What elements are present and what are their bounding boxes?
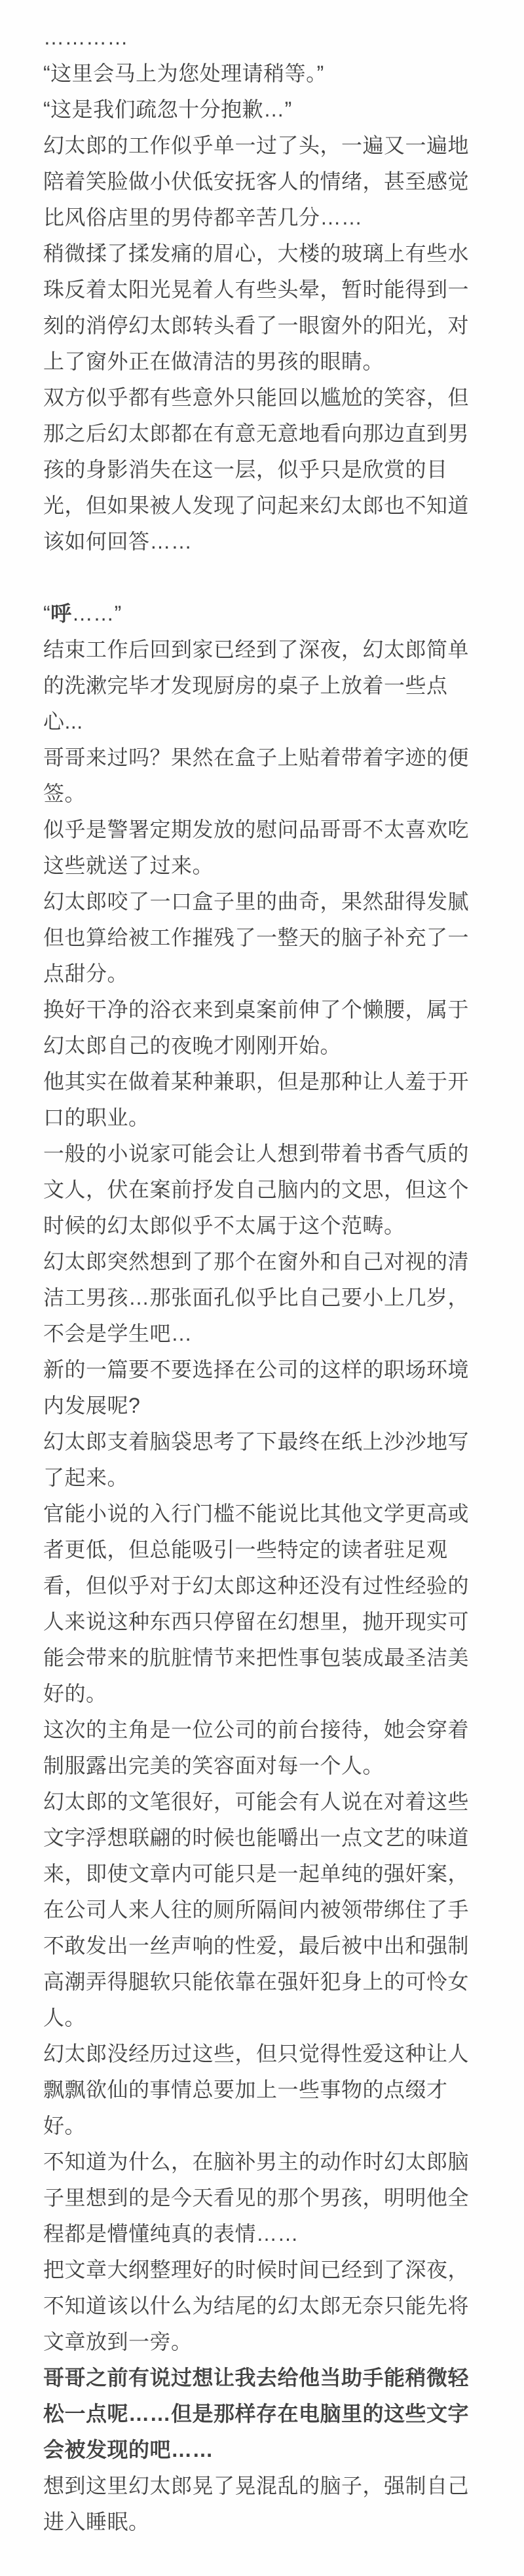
paragraph: ………… bbox=[43, 20, 483, 56]
text-segment: 哥哥之前有说过想让我去给他当助手能稍微轻松一点呢……但是那样存在电脑里的这些文字… bbox=[43, 2366, 469, 2461]
text-segment: 新的一篇要不要选择在公司的这样的职场环境内发展呢? bbox=[43, 1358, 469, 1417]
paragraph: 幻太郎咬了一口盒子里的曲奇，果然甜得发腻但也算给被工作摧残了一整天的脑子补充了一… bbox=[43, 884, 483, 992]
text-segment: 不知道为什么，在脑补男主的动作时幻太郎脑子里想到的是今天看见的那个男孩，明明他全… bbox=[43, 2150, 469, 2245]
paragraph: 官能小说的入行门槛不能说比其他文学更高或者更低，但总能吸引一些特定的读者驻足观看… bbox=[43, 1496, 483, 1712]
paragraph: 哥哥之前有说过想让我去给他当助手能稍微轻松一点呢……但是那样存在电脑里的这些文字… bbox=[43, 2360, 483, 2468]
paragraph: 想到这里幻太郎晃了晃混乱的脑子，强制自己进入睡眠。 bbox=[43, 2468, 483, 2540]
text-segment: 想到这里幻太郎晃了晃混乱的脑子，强制自己进入睡眠。 bbox=[43, 2474, 469, 2533]
text-segment: 似乎是警署定期发放的慰问品哥哥不太喜欢吃这些就送了过来。 bbox=[43, 818, 469, 877]
paragraph: 哥哥来过吗？果然在盒子上贴着带着字迹的便签。 bbox=[43, 740, 483, 812]
text-segment: 呼 bbox=[50, 602, 72, 625]
text-segment: ……” bbox=[72, 602, 122, 625]
paragraph-spacer bbox=[43, 560, 483, 596]
paragraph: 新的一篇要不要选择在公司的这样的职场环境内发展呢? bbox=[43, 1352, 483, 1424]
text-segment: 哥哥来过吗？果然在盒子上贴着带着字迹的便签。 bbox=[43, 746, 469, 805]
text-segment: 他其实在做着某种兼职，但是那种让人羞于开口的职业。 bbox=[43, 1070, 469, 1129]
paragraph: 这次的主角是一位公司的前台接待，她会穿着制服露出完美的笑容面对每一个人。 bbox=[43, 1712, 483, 1784]
text-segment: 幻太郎的工作似乎单一过了头，一遍又一遍地陪着笑脸做小伏低安抚客人的情绪，甚至感觉… bbox=[43, 134, 469, 229]
paragraph: 结束工作后回到家已经到了深夜，幻太郎简单的洗漱完毕才发现厨房的桌子上放着一些点心… bbox=[43, 632, 483, 740]
paragraph: “这是我们疏忽十分抱歉…” bbox=[43, 92, 483, 128]
paragraph: 似乎是警署定期发放的慰问品哥哥不太喜欢吃这些就送了过来。 bbox=[43, 812, 483, 884]
text-segment: 结束工作后回到家已经到了深夜，幻太郎简单的洗漱完毕才发现厨房的桌子上放着一些点心… bbox=[43, 638, 469, 733]
text-segment: 换好干净的浴衣来到桌案前伸了个懒腰，属于幻太郎自己的夜晚才刚刚开始。 bbox=[43, 998, 469, 1057]
novel-reader-page: …………“这里会马上为您处理请稍等。”“这是我们疏忽十分抱歉…”幻太郎的工作似乎… bbox=[0, 0, 524, 2576]
text-segment: 把文章大纲整理好的时候时间已经到了深夜，不知道该以什么为结尾的幻太郎无奈只能先将… bbox=[43, 2258, 469, 2353]
paragraph: 稍微揉了揉发痛的眉心，大楼的玻璃上有些水珠反着太阳光晃着人有些头晕，暂时能得到一… bbox=[43, 236, 483, 380]
text-segment: 幻太郎咬了一口盒子里的曲奇，果然甜得发腻但也算给被工作摧残了一整天的脑子补充了一… bbox=[43, 890, 469, 985]
text-segment: ………… bbox=[43, 26, 128, 49]
paragraph: 幻太郎支着脑袋思考了下最终在纸上沙沙地写了起来。 bbox=[43, 1424, 483, 1496]
text-segment: 稍微揉了揉发痛的眉心，大楼的玻璃上有些水珠反着太阳光晃着人有些头晕，暂时能得到一… bbox=[43, 242, 469, 373]
paragraph: “这里会马上为您处理请稍等。” bbox=[43, 56, 483, 92]
text-segment: 一般的小说家可能会让人想到带着书香气质的文人，伏在案前抒发自己脑内的文思，但这个… bbox=[43, 1142, 469, 1237]
paragraph: 不知道为什么，在脑补男主的动作时幻太郎脑子里想到的是今天看见的那个男孩，明明他全… bbox=[43, 2144, 483, 2252]
paragraph: 幻太郎没经历过这些，但只觉得性爱这种让人飘飘欲仙的事情总要加上一些事物的点缀才好… bbox=[43, 2036, 483, 2144]
text-segment: “ bbox=[43, 602, 50, 625]
text-segment: 这次的主角是一位公司的前台接待，她会穿着制服露出完美的笑容面对每一个人。 bbox=[43, 1718, 469, 1777]
text-segment: “这是我们疏忽十分抱歉…” bbox=[43, 98, 292, 121]
text-segment: 双方似乎都有些意外只能回以尴尬的笑容，但那之后幻太郎都在有意无意地看向那边直到男… bbox=[43, 386, 469, 553]
paragraph: 把文章大纲整理好的时候时间已经到了深夜，不知道该以什么为结尾的幻太郎无奈只能先将… bbox=[43, 2252, 483, 2360]
text-segment: “这里会马上为您处理请稍等。” bbox=[43, 62, 324, 85]
paragraph: “呼……” bbox=[43, 596, 483, 632]
text-segment: 官能小说的入行门槛不能说比其他文学更高或者更低，但总能吸引一些特定的读者驻足观看… bbox=[43, 1502, 469, 1705]
text-segment: 幻太郎没经历过这些，但只觉得性爱这种让人飘飘欲仙的事情总要加上一些事物的点缀才好… bbox=[43, 2042, 469, 2137]
paragraph: 双方似乎都有些意外只能回以尴尬的笑容，但那之后幻太郎都在有意无意地看向那边直到男… bbox=[43, 380, 483, 560]
paragraph: 换好干净的浴衣来到桌案前伸了个懒腰，属于幻太郎自己的夜晚才刚刚开始。 bbox=[43, 992, 483, 1064]
paragraph: 幻太郎的文笔很好，可能会有人说在对着这些文字浮想联翩的时候也能嚼出一点文艺的味道… bbox=[43, 1784, 483, 2036]
text-segment: 幻太郎支着脑袋思考了下最终在纸上沙沙地写了起来。 bbox=[43, 1430, 469, 1489]
novel-text-body: …………“这里会马上为您处理请稍等。”“这是我们疏忽十分抱歉…”幻太郎的工作似乎… bbox=[43, 20, 483, 2540]
paragraph: 一般的小说家可能会让人想到带着书香气质的文人，伏在案前抒发自己脑内的文思，但这个… bbox=[43, 1136, 483, 1244]
paragraph: 他其实在做着某种兼职，但是那种让人羞于开口的职业。 bbox=[43, 1064, 483, 1136]
text-segment: 幻太郎突然想到了那个在窗外和自己对视的清洁工男孩…那张面孔似乎比自己要小上几岁，… bbox=[43, 1250, 469, 1345]
text-segment: 幻太郎的文笔很好，可能会有人说在对着这些文字浮想联翩的时候也能嚼出一点文艺的味道… bbox=[43, 1790, 469, 2029]
paragraph: 幻太郎突然想到了那个在窗外和自己对视的清洁工男孩…那张面孔似乎比自己要小上几岁，… bbox=[43, 1244, 483, 1352]
paragraph: 幻太郎的工作似乎单一过了头，一遍又一遍地陪着笑脸做小伏低安抚客人的情绪，甚至感觉… bbox=[43, 128, 483, 236]
